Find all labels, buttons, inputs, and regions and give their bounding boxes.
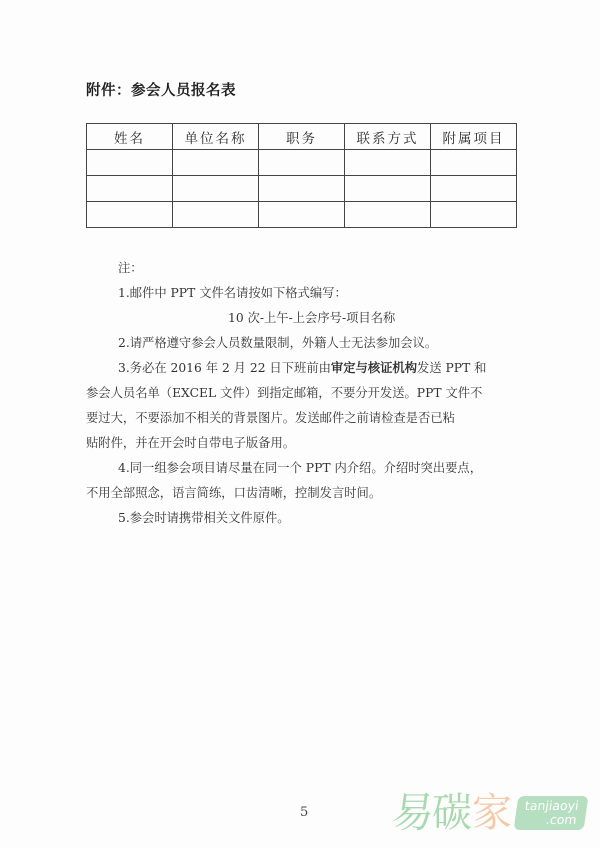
table-cell: [87, 202, 173, 228]
table-cell: [345, 176, 431, 202]
note-4-line-1: 4.同一组参会项目请尽量在同一个 PPT 内介绍。介绍时突出要点，: [118, 456, 482, 481]
table-cell: [259, 150, 345, 176]
note-3-pre: 3.务必在 2016 年 2 月 22 日下班前由: [118, 361, 331, 375]
watermark-char-tan: 碳: [432, 793, 472, 833]
table-cell: [431, 202, 517, 228]
notes-heading: 注：: [118, 256, 143, 281]
watermark-domain-name: tanjiaoyi: [524, 799, 580, 813]
table-row: [87, 176, 517, 202]
col-header-position: 职务: [259, 124, 345, 150]
watermark-char-jia: 家: [472, 793, 512, 833]
note-4-line-2: 不用全部照念，语言简练，口齿清晰，控制发言时间。: [86, 481, 381, 506]
table-cell: [345, 202, 431, 228]
note-5: 5.参会时请携带相关文件原件。: [118, 506, 290, 531]
table-cell: [87, 150, 173, 176]
watermark-char-yi: 易: [389, 792, 437, 834]
col-header-project: 附属项目: [431, 124, 517, 150]
table-row: [87, 202, 517, 228]
note-3-post: 发送 PPT 和: [417, 361, 486, 375]
table-cell: [259, 202, 345, 228]
watermark-domain-tld: .com: [522, 813, 578, 827]
note-3-line-3: 要过大，不要添加不相关的背景图片。发送邮件之前请检查是否已粘: [86, 406, 455, 431]
table-cell: [173, 150, 259, 176]
note-3-line-1: 3.务必在 2016 年 2 月 22 日下班前由审定与核证机构发送 PPT 和: [118, 356, 486, 381]
table-header-row: 姓名 单位名称 职务 联系方式 附属项目: [87, 124, 517, 150]
note-1-format: 10 次-上午-上会序号-项目名称: [228, 306, 395, 331]
table-cell: [259, 176, 345, 202]
table-cell: [431, 150, 517, 176]
watermark-domain-badge: tanjiaoyi .com: [514, 796, 588, 830]
table-cell: [173, 202, 259, 228]
page-number: 5: [300, 805, 308, 820]
note-3-line-2: 参会人员名单（EXCEL 文件）到指定邮箱，不要分开发送。PPT 文件不: [86, 381, 482, 406]
table-cell: [173, 176, 259, 202]
attachment-title: 附件：参会人员报名表: [86, 79, 236, 100]
note-2: 2.请严格遵守参会人员数量限制，外籍人士无法参加会议。: [118, 331, 437, 356]
table-cell: [345, 150, 431, 176]
note-3-bold-org: 审定与核证机构: [331, 361, 417, 375]
col-header-organization: 单位名称: [173, 124, 259, 150]
table-cell: [431, 176, 517, 202]
watermark-logo: 易 碳 家 tanjiaoyi .com: [392, 792, 586, 834]
note-3-line-4: 贴附件，并在开会时自带电子版备用。: [86, 431, 295, 456]
table-cell: [87, 176, 173, 202]
table-row: [87, 150, 517, 176]
col-header-name: 姓名: [87, 124, 173, 150]
col-header-contact: 联系方式: [345, 124, 431, 150]
registration-table: 姓名 单位名称 职务 联系方式 附属项目: [86, 123, 517, 228]
note-1: 1.邮件中 PPT 文件名请按如下格式编写：: [118, 281, 347, 306]
